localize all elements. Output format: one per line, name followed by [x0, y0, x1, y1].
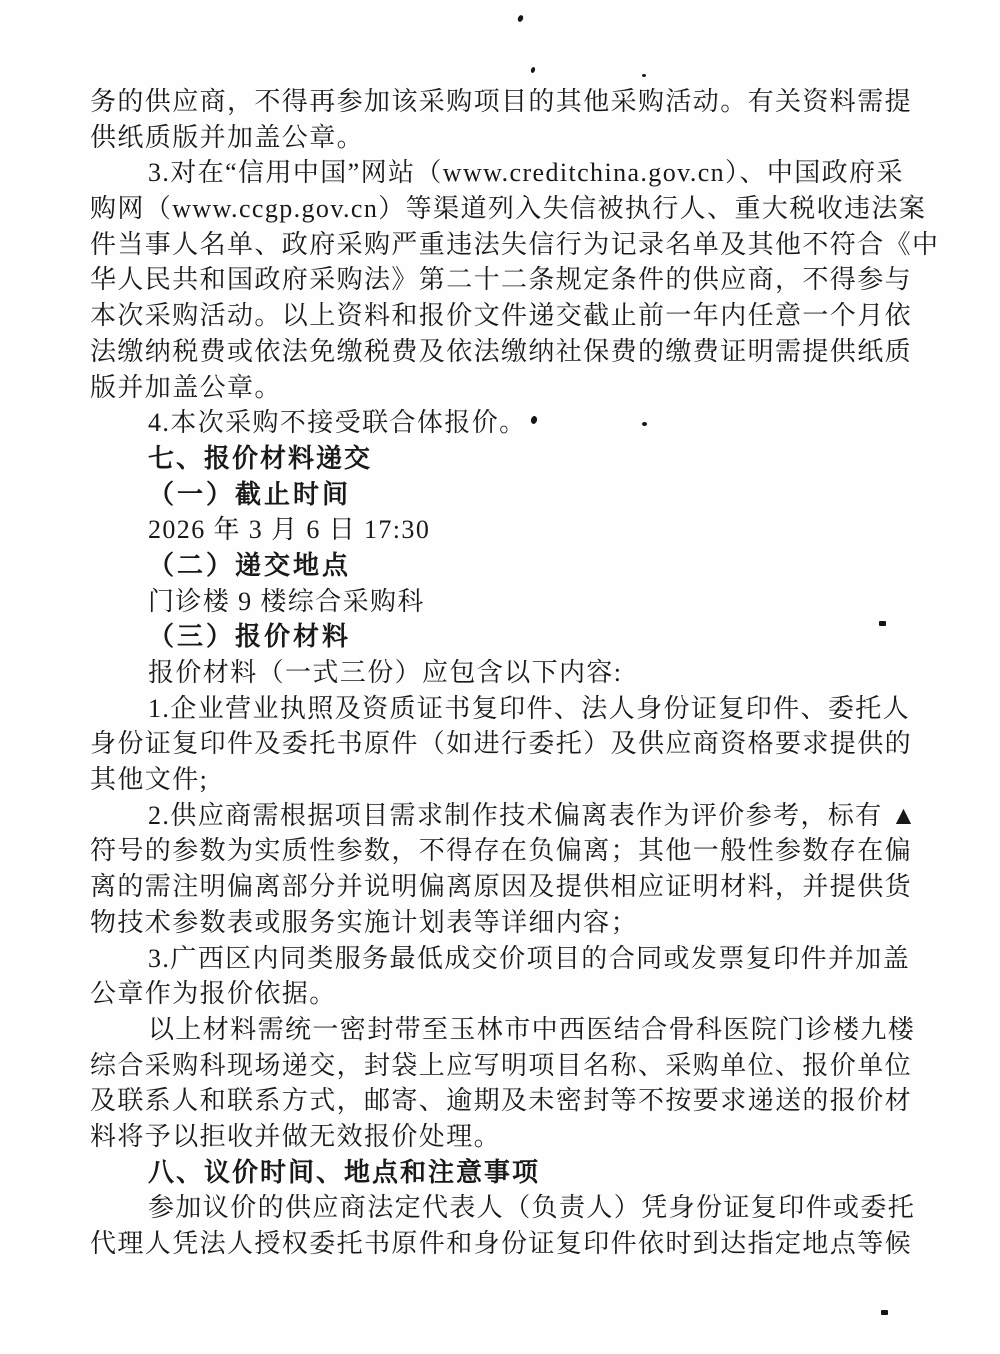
document-line: 门诊楼 9 楼综合采购科: [90, 584, 912, 620]
document-line: 报价材料（一式三份）应包含以下内容:: [90, 655, 912, 691]
document-line: 件当事人名单、政府采购严重违法失信行为记录名单及其他不符合《中: [90, 227, 912, 263]
document-line: 物技术参数表或服务实施计划表等详细内容；: [90, 905, 912, 941]
document-line: 华人民共和国政府采购法》第二十二条规定条件的供应商，不得参与: [90, 262, 912, 298]
document-line: 4.本次采购不接受联合体报价。: [90, 405, 912, 441]
document-line: 身份证复印件及委托书原件（如进行委托）及供应商资格要求提供的: [90, 726, 912, 762]
document-line: 离的需注明偏离部分并说明偏离原因及提供相应证明材料，并提供货: [90, 869, 912, 905]
document-line: 料将予以拒收并做无效报价处理。: [90, 1119, 912, 1155]
document-line: 七、报价材料递交: [90, 441, 912, 477]
document-line: （三）报价材料: [90, 619, 912, 655]
document-line: 以上材料需统一密封带至玉林市中西医结合骨科医院门诊楼九楼: [90, 1012, 912, 1048]
document-line: 1.企业营业执照及资质证书复印件、法人身份证复印件、委托人: [90, 691, 912, 727]
document-line: 其他文件;: [90, 762, 912, 798]
document-line: 符号的参数为实质性参数，不得存在负偏离；其他一般性参数存在偏: [90, 833, 912, 869]
document-line: 八、议价时间、地点和注意事项: [90, 1155, 912, 1191]
scan-speckle: [881, 1310, 888, 1315]
document-line: （二）递交地点: [90, 548, 912, 584]
document-line: 代理人凭法人授权委托书原件和身份证复印件依时到达指定地点等候: [90, 1226, 912, 1262]
scan-speckle: [879, 621, 886, 626]
scan-speckle: [228, 523, 231, 527]
document-line: 购网（www.ccgp.gov.cn）等渠道列入失信被执行人、重大税收违法案: [90, 191, 912, 227]
document-line: 参加议价的供应商法定代表人（负责人）凭身份证复印件或委托: [90, 1190, 912, 1226]
document-line: 综合采购科现场递交，封袋上应写明项目名称、采购单位、报价单位: [90, 1048, 912, 1084]
document-line: 版并加盖公章。: [90, 370, 912, 406]
document-line: 及联系人和联系方式，邮寄、逾期及未密封等不按要求递送的报价材: [90, 1083, 912, 1119]
document-text-block: 务的供应商，不得再参加该采购项目的其他采购活动。有关资料需提供纸质版并加盖公章。…: [90, 84, 912, 1262]
document-line: 本次采购活动。以上资料和报价文件递交截止前一年内任意一个月依: [90, 298, 912, 334]
scan-speckle: [642, 74, 646, 77]
document-line: 2.供应商需根据项目需求制作技术偏离表作为评价参考，标有 ▲: [90, 798, 912, 834]
document-line: 供纸质版并加盖公章。: [90, 120, 912, 156]
document-line: 法缴纳税费或依法免缴税费及依法缴纳社保费的缴费证明需提供纸质: [90, 334, 912, 370]
scan-speckle: [517, 14, 524, 22]
document-line: 公章作为报价依据。: [90, 976, 912, 1012]
document-line: 3.广西区内同类服务最低成交价项目的合同或发票复印件并加盖: [90, 941, 912, 977]
document-page: 务的供应商，不得再参加该采购项目的其他采购活动。有关资料需提供纸质版并加盖公章。…: [0, 0, 1000, 1354]
scan-speckle: [530, 66, 536, 73]
document-line: （一）截止时间: [90, 477, 912, 513]
document-line: 务的供应商，不得再参加该采购项目的其他采购活动。有关资料需提: [90, 84, 912, 120]
document-line: 3.对在“信用中国”网站（www.creditchina.gov.cn）、中国政…: [90, 155, 912, 191]
document-line: 2026 年 3 月 6 日 17:30: [90, 512, 912, 548]
scan-speckle: [642, 422, 647, 426]
